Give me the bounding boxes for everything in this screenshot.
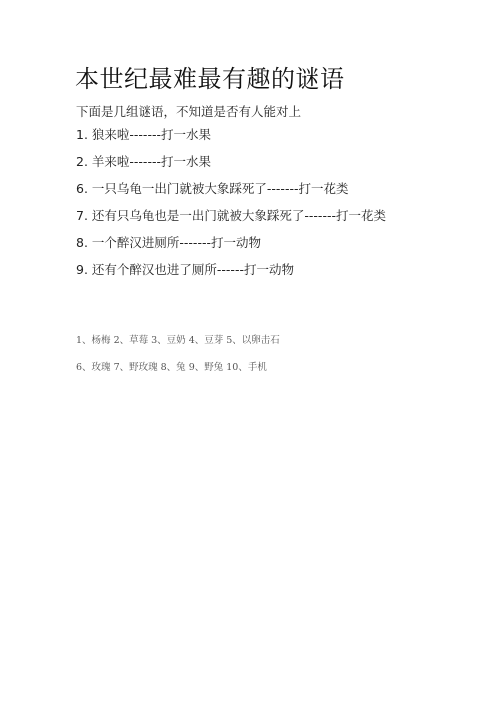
- riddle-item: 2. 羊来啦-------打一水果: [76, 153, 211, 171]
- riddle-item: 7. 还有只乌龟也是一出门就被大象踩死了-------打一花类: [76, 207, 386, 225]
- page-title: 本世纪最难最有趣的谜语: [75, 64, 345, 94]
- answer-line: 1、杨梅 2、草莓 3、豆奶 4、豆芽 5、以卵击石: [76, 334, 280, 348]
- riddle-item: 6. 一只乌龟一出门就被大象踩死了-------打一花类: [76, 180, 348, 198]
- riddle-item: 1. 狼来啦-------打一水果: [76, 126, 211, 144]
- riddle-item: 8. 一个醉汉进厕所-------打一动物: [76, 234, 261, 252]
- page-subtitle: 下面是几组谜语，不知道是否有人能对上: [76, 103, 301, 121]
- riddle-item: 9. 还有个醉汉也进了厕所------打一动物: [76, 261, 294, 279]
- document-page: 本世纪最难最有趣的谜语 下面是几组谜语，不知道是否有人能对上 1. 狼来啦---…: [0, 0, 500, 708]
- answer-line: 6、玫瑰 7、野玫瑰 8、兔 9、野兔 10、手机: [76, 361, 267, 375]
